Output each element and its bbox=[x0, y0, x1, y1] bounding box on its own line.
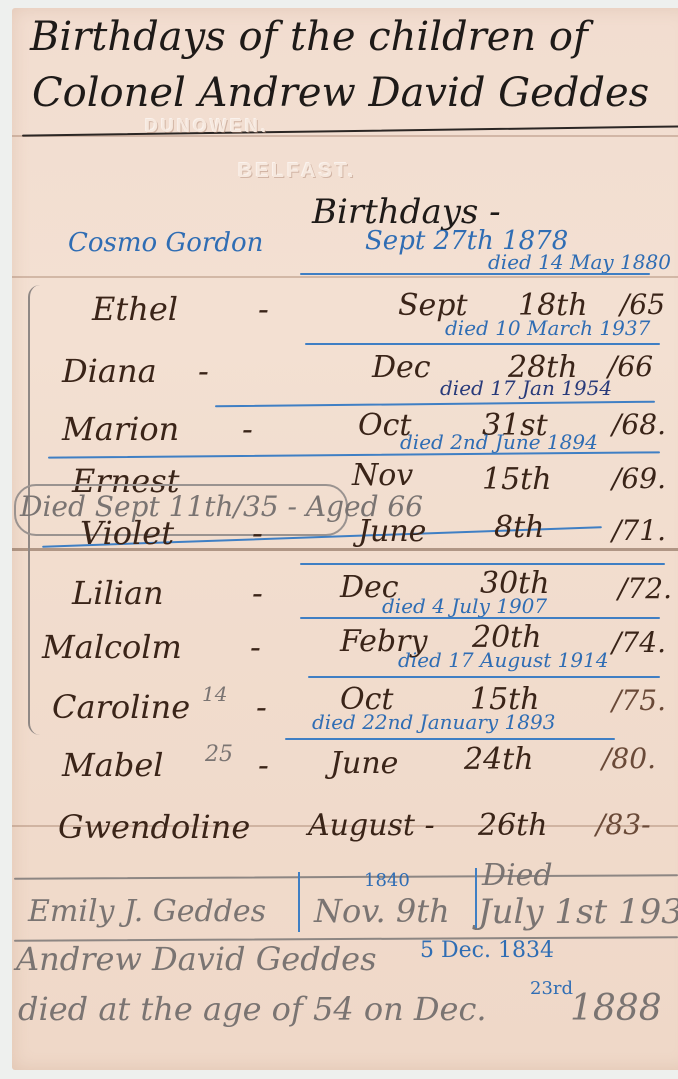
child-month-gwendoline: August - bbox=[308, 808, 435, 843]
mother-died-label: Died bbox=[482, 858, 553, 893]
child-death-cosmo: died 14 May 1880 bbox=[488, 250, 671, 274]
mother-birth-date: Nov. 9th bbox=[314, 892, 450, 930]
child-year-ernest: /69. bbox=[612, 462, 666, 495]
dash: - bbox=[258, 290, 269, 328]
mother-death-date: July 1st 1932 bbox=[478, 892, 678, 932]
dash: - bbox=[258, 746, 269, 784]
dash: - bbox=[252, 574, 263, 612]
blue-rule bbox=[285, 738, 615, 740]
child-year-violet: /71. bbox=[612, 514, 666, 547]
pencil-note-caroline: 14 bbox=[202, 682, 227, 706]
child-year-mabel: /80. bbox=[602, 742, 656, 775]
dash: - bbox=[242, 410, 253, 448]
blue-divider bbox=[475, 868, 477, 930]
pencil-note-mabel: 25 bbox=[205, 742, 233, 767]
father-name: Andrew David Geddes bbox=[16, 940, 377, 978]
child-name-ethel: Ethel bbox=[92, 290, 178, 328]
father-death-year: 1888 bbox=[570, 988, 662, 1029]
blue-rule bbox=[305, 343, 660, 345]
child-year-caroline: /75. bbox=[612, 684, 666, 717]
document-title-line2: Colonel Andrew David Geddes bbox=[32, 70, 649, 116]
child-day-ernest: 15th bbox=[482, 462, 552, 497]
child-day-mabel: 24th bbox=[464, 742, 534, 777]
child-day-gwendoline: 26th bbox=[478, 808, 548, 843]
child-year-malcolm: /74. bbox=[612, 626, 666, 659]
dash: - bbox=[256, 688, 267, 726]
child-name-caroline: Caroline bbox=[52, 688, 190, 726]
child-name-violet: Violet bbox=[80, 514, 174, 552]
child-month-diana: Dec bbox=[372, 350, 431, 385]
child-name-lilian: Lilian bbox=[72, 574, 164, 612]
blue-rule bbox=[300, 617, 660, 619]
child-year-diana: /66 bbox=[608, 350, 653, 383]
child-month-mabel: June bbox=[330, 746, 398, 781]
letterhead-emboss-belfast: BELFAST. bbox=[238, 160, 356, 183]
blue-rule bbox=[300, 273, 650, 275]
father-death-day: 23rd bbox=[530, 978, 573, 999]
child-name-diana: Diana bbox=[62, 352, 157, 390]
father-birth-date: 5 Dec. 1834 bbox=[420, 938, 554, 963]
child-year-lilian: /72. bbox=[618, 572, 672, 605]
child-death-ethel: died 10 March 1937 bbox=[445, 316, 650, 340]
mother-name: Emily J. Geddes bbox=[28, 894, 266, 929]
blue-divider bbox=[298, 872, 300, 932]
father-death-line: died at the age of 54 on Dec. bbox=[18, 990, 487, 1028]
child-name-marion: Marion bbox=[62, 410, 179, 448]
child-name-gwendoline: Gwendoline bbox=[58, 808, 250, 846]
dash: - bbox=[250, 628, 261, 666]
child-death-malcolm: died 17 August 1914 bbox=[398, 648, 609, 672]
fold-line bbox=[12, 276, 678, 278]
child-month-violet: June bbox=[358, 514, 426, 549]
child-name-cosmo: Cosmo Gordon bbox=[68, 228, 263, 258]
letterhead-emboss-dunowen: DUNOWEN. bbox=[145, 116, 269, 137]
dash: - bbox=[198, 352, 209, 390]
child-year-marion: /68. bbox=[612, 408, 666, 441]
mother-birth-year: 1840 bbox=[364, 870, 410, 891]
dash: - bbox=[252, 514, 263, 552]
child-death-lilian: died 4 July 1907 bbox=[382, 594, 547, 618]
blue-rule bbox=[308, 676, 660, 678]
child-day-violet: 8th bbox=[494, 510, 544, 545]
child-death-diana: died 17 Jan 1954 bbox=[440, 376, 612, 400]
child-death-marion: died 2nd June 1894 bbox=[400, 430, 598, 454]
document-title-line1: Birthdays of the children of bbox=[30, 14, 588, 60]
child-name-mabel: Mabel bbox=[62, 746, 164, 784]
child-name-malcolm: Malcolm bbox=[42, 628, 182, 666]
child-month-ernest: Nov bbox=[352, 458, 413, 493]
child-year-gwendoline: /83- bbox=[596, 808, 651, 841]
child-death-caroline: died 22nd January 1893 bbox=[312, 710, 555, 734]
blue-rule bbox=[300, 563, 665, 565]
